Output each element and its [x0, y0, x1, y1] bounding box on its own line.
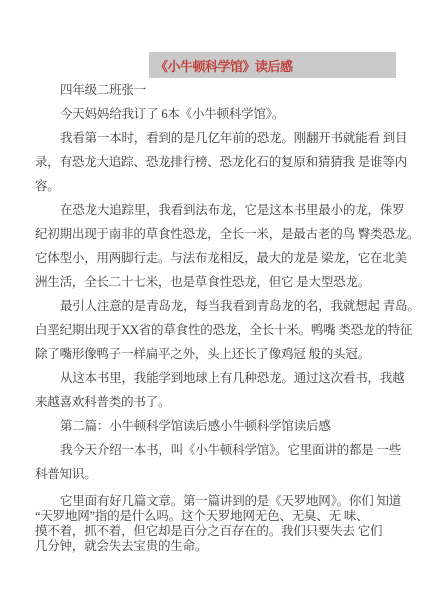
text-line: 我看第一本时，看到的是几亿年前的恐龙。刚翻开书就能看 到目	[35, 126, 414, 150]
text-line: 几分钟，就会失去宝贵的生命。	[35, 539, 414, 554]
text-line: 容。	[35, 174, 414, 198]
document-body: 四年级二班张一今天妈妈给我订了 6本《小牛顿科学馆》。我看第一本时，看到的是几亿…	[35, 78, 414, 554]
text-line: 科普知识。	[35, 462, 414, 486]
text-line: 它里面有好几篇文章。第一篇讲到的是《天罗地网》。你们 知道	[35, 494, 414, 509]
text-line: 四年级二班张一	[35, 78, 414, 102]
text-line: 第二篇：小牛顿科学馆读后感小牛顿科学馆读后感	[35, 414, 414, 438]
text-line: 在恐龙大追踪里，我看到法布龙，它是这本书里最小的龙，侏罗	[35, 198, 414, 222]
paragraph: 最引人注意的是青岛龙，每当我看到青岛龙的名，我就想起 青岛。白垩纪期出现于XX省…	[35, 294, 414, 366]
text-line: 白垩纪期出现于XX省的草食性的恐龙，全长十米。鸭嘴 类恐龙的特征	[35, 318, 414, 342]
text-line: 来越喜欢科普类的书了。	[35, 390, 414, 414]
document-title-highlight: 《小牛顿科学馆》读后感	[149, 52, 396, 78]
paragraph: 从这本书里，我能学到地球上有几种恐龙。通过这次看书，我越来越喜欢科普类的书了。	[35, 366, 414, 414]
document-title: 《小牛顿科学馆》读后感	[155, 56, 293, 75]
paragraph: 它里面有好几篇文章。第一篇讲到的是《天罗地网》。你们 知道“天罗地网”指的是什么…	[35, 494, 414, 554]
paragraph: 第二篇：小牛顿科学馆读后感小牛顿科学馆读后感	[35, 414, 414, 438]
text-line: 今天妈妈给我订了 6本《小牛顿科学馆》。	[35, 102, 414, 126]
document-page: 《小牛顿科学馆》读后感 四年级二班张一今天妈妈给我订了 6本《小牛顿科学馆》。我…	[0, 0, 424, 600]
paragraph: 今天妈妈给我订了 6本《小牛顿科学馆》。	[35, 102, 414, 126]
text-line: 最引人注意的是青岛龙，每当我看到青岛龙的名，我就想起 青岛。	[35, 294, 414, 318]
text-line: 我今天介绍一本书，叫《小牛顿科学馆》。它里面讲的都是 一些	[35, 438, 414, 462]
text-line: 除了嘴形像鸭子一样扁平之外，头上还长了像鸡冠 般的头冠。	[35, 342, 414, 366]
text-line: 洲生活，全长二十七米，也是草食性恐龙，但它 是大型恐龙。	[35, 270, 414, 294]
text-line: 录，有恐龙大追踪、恐龙排行榜、恐龙化石的复原和猜猜我 是谁等内	[35, 150, 414, 174]
paragraph: 我今天介绍一本书，叫《小牛顿科学馆》。它里面讲的都是 一些科普知识。	[35, 438, 414, 486]
text-line: 纪初期出现于南非的草食性恐龙，全长一米，是最古老的鸟 臀类恐龙。	[35, 222, 414, 246]
paragraph: 在恐龙大追踪里，我看到法布龙，它是这本书里最小的龙，侏罗纪初期出现于南非的草食性…	[35, 198, 414, 294]
paragraph: 我看第一本时，看到的是几亿年前的恐龙。刚翻开书就能看 到目录，有恐龙大追踪、恐龙…	[35, 126, 414, 198]
text-line: 它体型小，用两脚行走。与法布龙相反，最大的龙是 梁龙，它在北美	[35, 246, 414, 270]
text-line: 从这本书里，我能学到地球上有几种恐龙。通过这次看书，我越	[35, 366, 414, 390]
text-line: 摸不着，抓不着，但它却是百分之百存在的。我们只要失去 它们	[35, 524, 414, 539]
text-line: “天罗地网”指的是什么吗。这个天罗地网无色、无臭、无 味、	[35, 509, 414, 524]
paragraph: 四年级二班张一	[35, 78, 414, 102]
